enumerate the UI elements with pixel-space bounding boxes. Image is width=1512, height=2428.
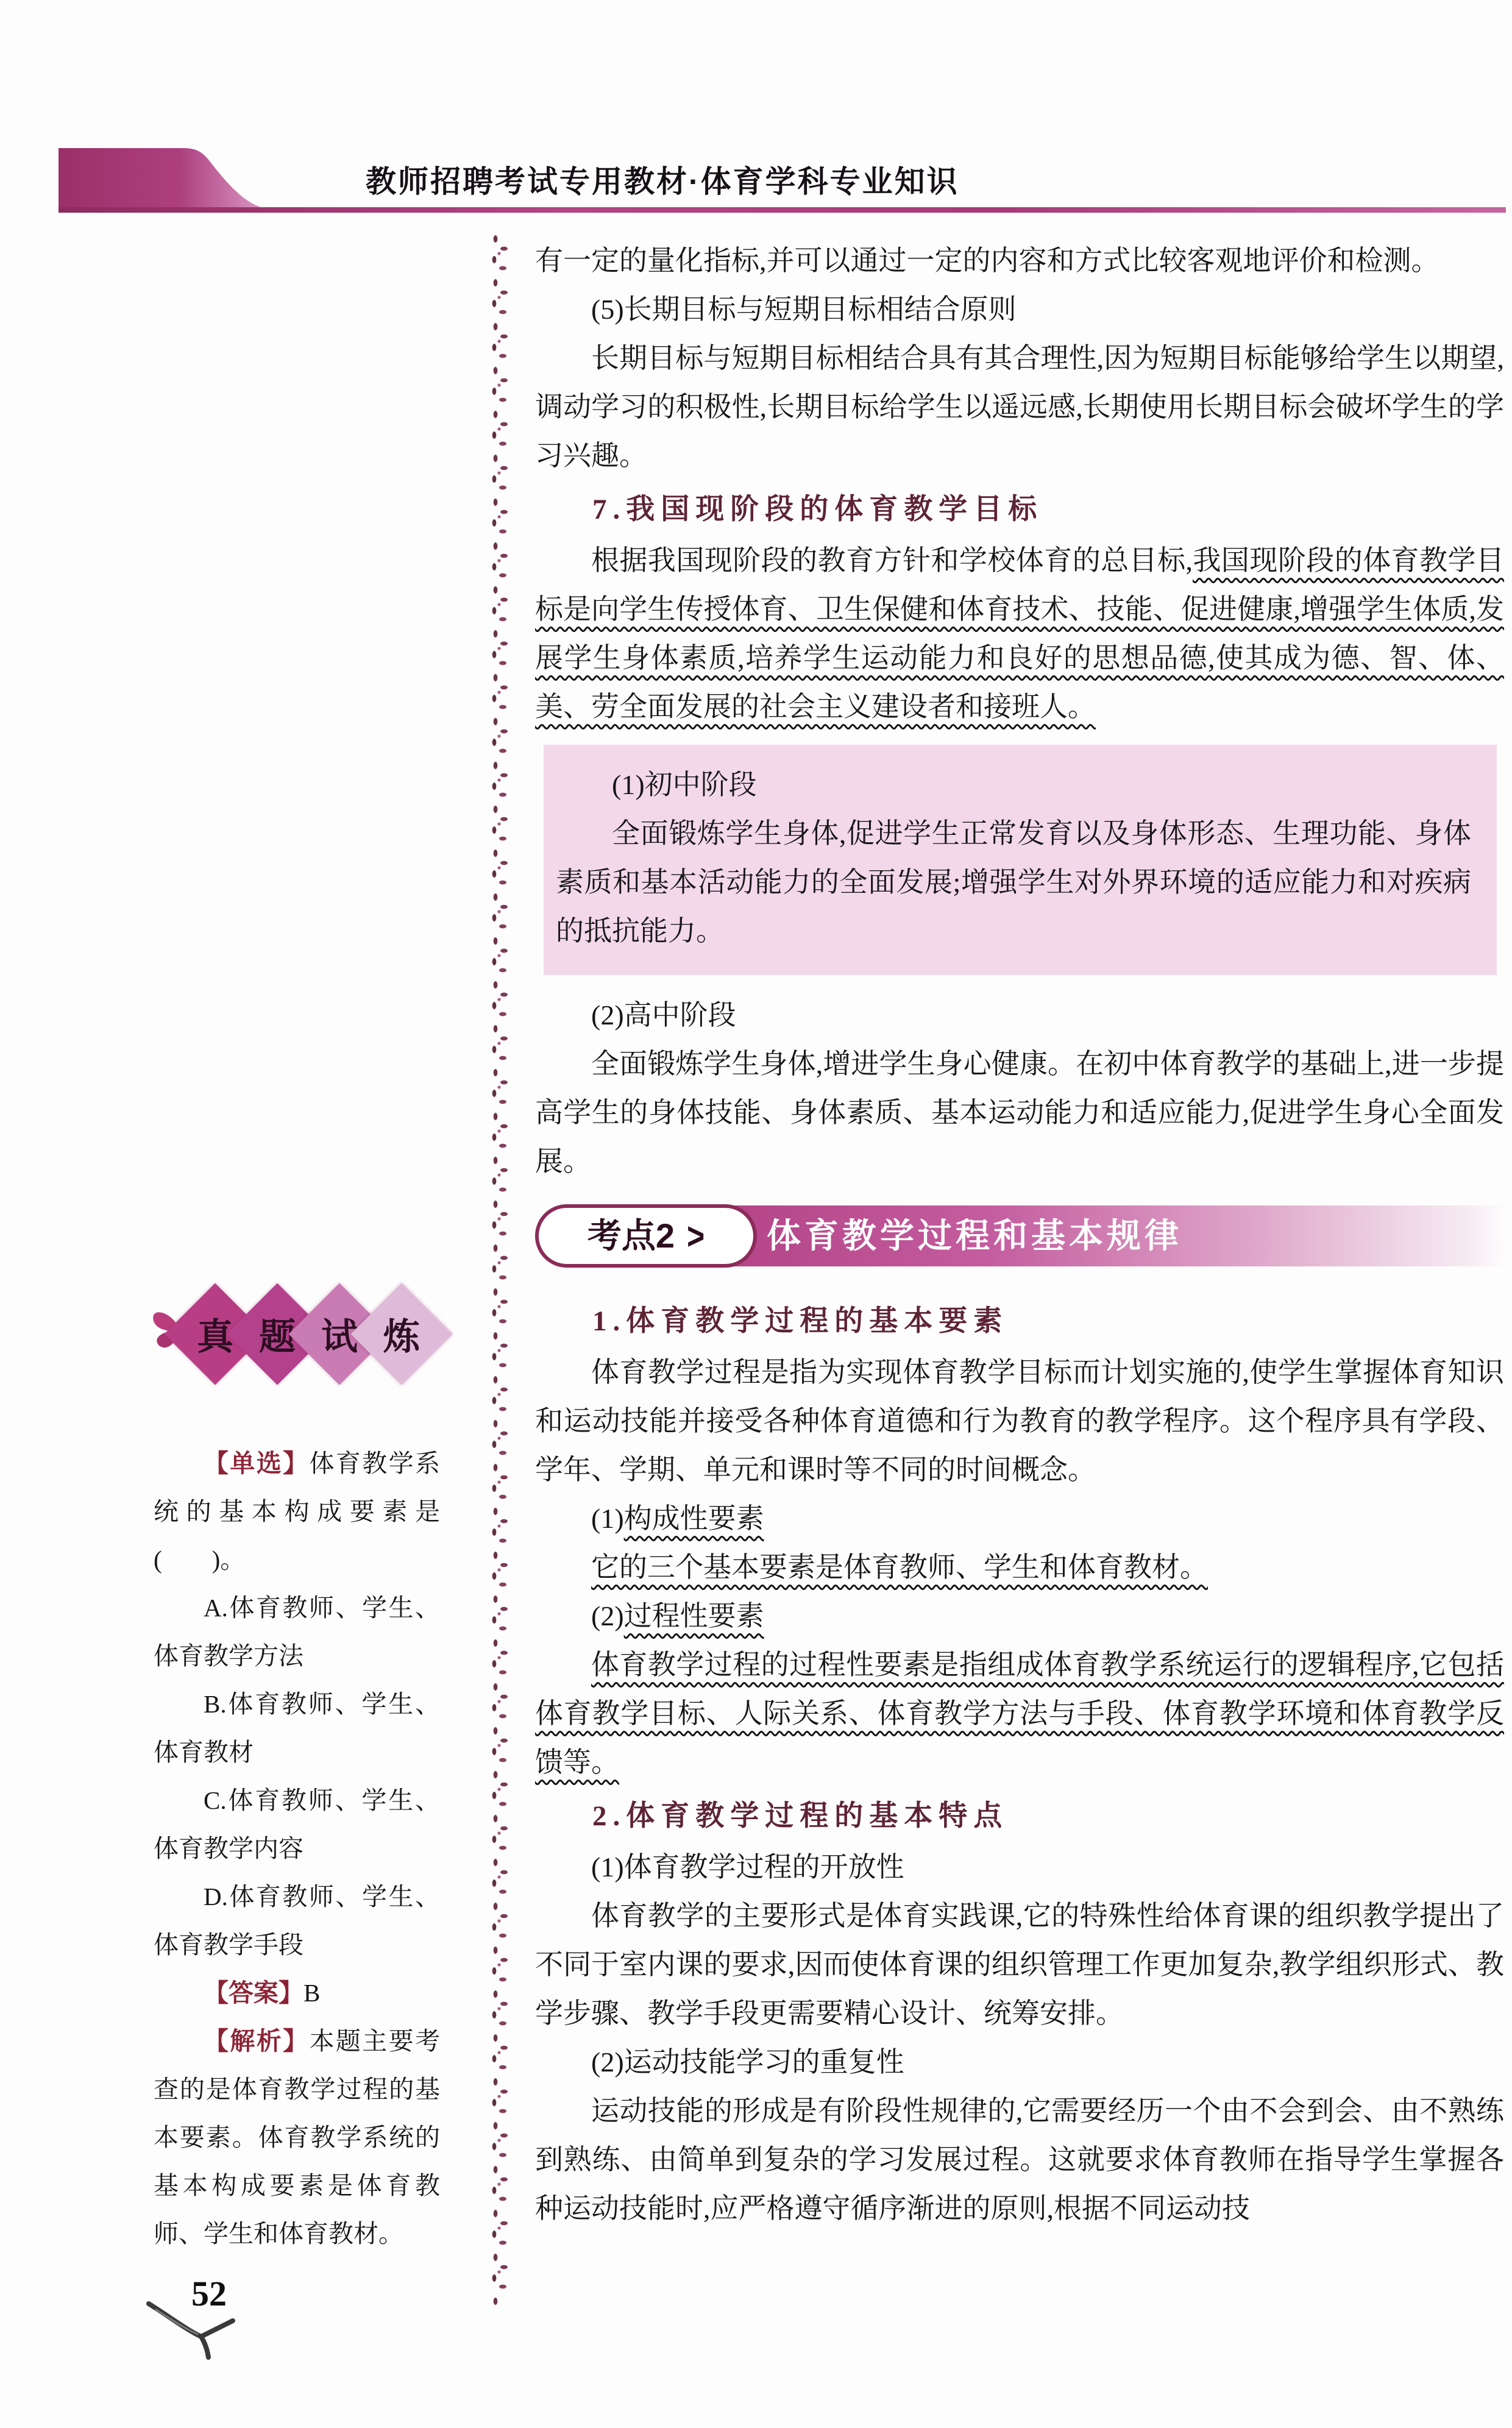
analysis: 【解析】本题主要考查的是体育教学过程的基本要素。体育教学系统的基本构成要素是体育… xyxy=(154,2017,440,2258)
highlight-box: (1)初中阶段全面锻炼学生身体,促进学生正常发育以及身体形态、生理功能、身体素质… xyxy=(544,745,1497,975)
text-run: A.体育教师、学生、体育教学方法 xyxy=(154,1594,440,1670)
text-run: 根据我国现阶段的教育方针和学校体育的总目标, xyxy=(591,545,1193,576)
para-openness-body: 体育教学的主要形式是体育实践课,它的特殊性给体育课的组织教学提出了不同于室内课的… xyxy=(535,1892,1504,2038)
text-run: (5)长期目标与短期目标相结合原则 xyxy=(591,294,1017,325)
topic-banner-title: 体育教学过程和基本规律 xyxy=(767,1205,1182,1266)
text-run: 体育教学的主要形式是体育实践课,它的特殊性给体育课的组织教学提出了不同于室内课的… xyxy=(535,1900,1504,2029)
topic-banner-bar: 体育教学过程和基本规律 xyxy=(645,1205,1508,1266)
text-run: 有一定的量化指标,并可以通过一定的内容和方式比较客观地评价和检测。 xyxy=(535,245,1439,276)
text-run: B.体育教师、学生、体育教材 xyxy=(154,1690,440,1766)
option-d: D.体育教师、学生、体育教学手段 xyxy=(154,1873,440,1969)
page-number: 52 xyxy=(191,2273,227,2314)
text-run: 本题主要考查的是体育教学过程的基本要素。体育教学系统的基本构成要素是体育教师、学… xyxy=(154,2027,440,2248)
para-junior-stage-title: (1)初中阶段 xyxy=(556,761,1471,809)
sidebar: 真题试炼 【单选】体育教学系统的基本构成要素是( )。A.体育教师、学生、体育教… xyxy=(154,1292,440,2258)
main-column: 有一定的量化指标,并可以通过一定的内容和方式比较客观地评价和检测。(5)长期目标… xyxy=(535,236,1504,2233)
answer: 【答案】B xyxy=(154,1969,440,2017)
book-page: 教师招聘考试专用教材·体育学科专业知识 有一定的量化指标,并可以通过一定的内容和… xyxy=(0,0,1512,2428)
practice-logo-diamonds: 真题试炼 xyxy=(189,1298,438,1370)
topic-badge-label: 考点2 xyxy=(587,1212,675,1260)
para-repetition-title: (2)运动技能学习的重复性 xyxy=(535,2038,1504,2087)
para-constitutive-title: (1)构成性要素 xyxy=(535,1494,1504,1543)
para-constitutive-body: 它的三个基本要素是体育教师、学生和体育教材。 xyxy=(535,1543,1504,1592)
page-header-title: 教师招聘考试专用教材·体育学科专业知识 xyxy=(366,157,959,201)
option-a: A.体育教师、学生、体育教学方法 xyxy=(154,1584,440,1680)
logo-diamond-char: 炼 xyxy=(383,1308,420,1360)
text-run: C.体育教师、学生、体育教学内容 xyxy=(154,1786,440,1862)
text-run: B xyxy=(303,1979,320,2007)
chevron-right-icon: > xyxy=(687,1205,705,1266)
text-run: D.体育教师、学生、体育教学手段 xyxy=(154,1883,440,1959)
wavy-underlined-text: 过程性要素 xyxy=(624,1600,764,1631)
logo-diamond-4: 炼 xyxy=(351,1283,453,1385)
text-run: (1)初中阶段 xyxy=(612,769,757,800)
text-run: (2)高中阶段 xyxy=(591,999,736,1031)
text-run: (1) xyxy=(591,1503,624,1534)
text-run: 长期目标与短期目标相结合具有其合理性,因为短期目标能够给学生以期望,调动学习的积… xyxy=(535,343,1504,471)
text-run: 全面锻炼学生身体,增进学生身心健康。在初中体育教学的基础上,进一步提高学生的身体… xyxy=(535,1048,1504,1177)
vine-divider xyxy=(489,233,511,2305)
para-principle-5-body: 长期目标与短期目标相结合具有其合理性,因为短期目标能够给学生以期望,调动学习的积… xyxy=(535,334,1504,480)
header-accent-block xyxy=(59,148,260,211)
para-current-goal: 根据我国现阶段的教育方针和学校体育的总目标,我国现阶段的体育教学目标是向学生传授… xyxy=(535,536,1504,731)
para-junior-stage-body: 全面锻炼学生身体,促进学生正常发育以及身体形态、生理功能、身体素质和基本活动能力… xyxy=(556,809,1471,956)
red-tag: 【单选】 xyxy=(204,1449,310,1477)
text-run: 全面锻炼学生身体,促进学生正常发育以及身体形态、生理功能、身体素质和基本活动能力… xyxy=(556,818,1471,946)
wavy-underlined-text: 体育教学过程的过程性要素是指组成体育教学系统运行的逻辑程序,它包括体育教学目标、… xyxy=(535,1649,1504,1778)
subhead-2: 2.体育教学过程的基本特点 xyxy=(535,1792,1504,1841)
topic-badge: 考点2> xyxy=(535,1204,757,1268)
para-principle-5-title: (5)长期目标与短期目标相结合原则 xyxy=(535,285,1504,334)
red-tag: 【解析】 xyxy=(204,2027,310,2055)
text-run: (2) xyxy=(591,1600,624,1631)
option-c: C.体育教师、学生、体育教学内容 xyxy=(154,1777,440,1873)
para-procedural-title: (2)过程性要素 xyxy=(535,1592,1504,1641)
para-continuation: 有一定的量化指标,并可以通过一定的内容和方式比较客观地评价和检测。 xyxy=(535,236,1504,285)
para-senior-stage-title: (2)高中阶段 xyxy=(535,991,1504,1040)
para-openness-title: (1)体育教学过程的开放性 xyxy=(535,1843,1504,1892)
red-tag: 【答案】 xyxy=(204,1979,303,2007)
para-senior-stage-body: 全面锻炼学生身体,增进学生身心健康。在初中体育教学的基础上,进一步提高学生的身体… xyxy=(535,1040,1504,1186)
page-footer: 52 xyxy=(151,2272,297,2376)
question-stem: 【单选】体育教学系统的基本构成要素是( )。 xyxy=(154,1439,440,1584)
topic-banner: 体育教学过程和基本规律考点2> xyxy=(535,1204,1504,1269)
option-b: B.体育教师、学生、体育教材 xyxy=(154,1680,440,1777)
para-repetition-body: 运动技能的形成是有阶段性规律的,它需要经历一个由不会到会、由不熟练到熟练、由简单… xyxy=(535,2087,1504,2233)
wavy-underlined-text: 构成性要素 xyxy=(624,1503,764,1534)
subhead-7: 7.我国现阶段的体育教学目标 xyxy=(535,485,1504,534)
sidebar-question: 【单选】体育教学系统的基本构成要素是( )。A.体育教师、学生、体育教学方法B.… xyxy=(154,1439,440,2258)
text-run: (2)运动技能学习的重复性 xyxy=(591,2046,904,2078)
wavy-underlined-text: 它的三个基本要素是体育教师、学生和体育教材。 xyxy=(591,1552,1208,1583)
para-process-definition: 体育教学过程是指为实现体育教学目标而计划实施的,使学生掌握体育知识和运动技能并接… xyxy=(535,1348,1504,1494)
text-run: (1)体育教学过程的开放性 xyxy=(591,1851,904,1883)
text-run: 运动技能的形成是有阶段性规律的,它需要经历一个由不会到会、由不熟练到熟练、由简单… xyxy=(535,2095,1504,2224)
para-procedural-body: 体育教学过程的过程性要素是指组成体育教学系统运行的逻辑程序,它包括体育教学目标、… xyxy=(535,1641,1504,1787)
practice-logo: 真题试炼 xyxy=(154,1292,440,1414)
header-rule xyxy=(59,207,1506,213)
text-run: 体育教学过程是指为实现体育教学目标而计划实施的,使学生掌握体育知识和运动技能并接… xyxy=(535,1357,1504,1485)
subhead-1: 1.体育教学过程的基本要素 xyxy=(535,1297,1504,1346)
